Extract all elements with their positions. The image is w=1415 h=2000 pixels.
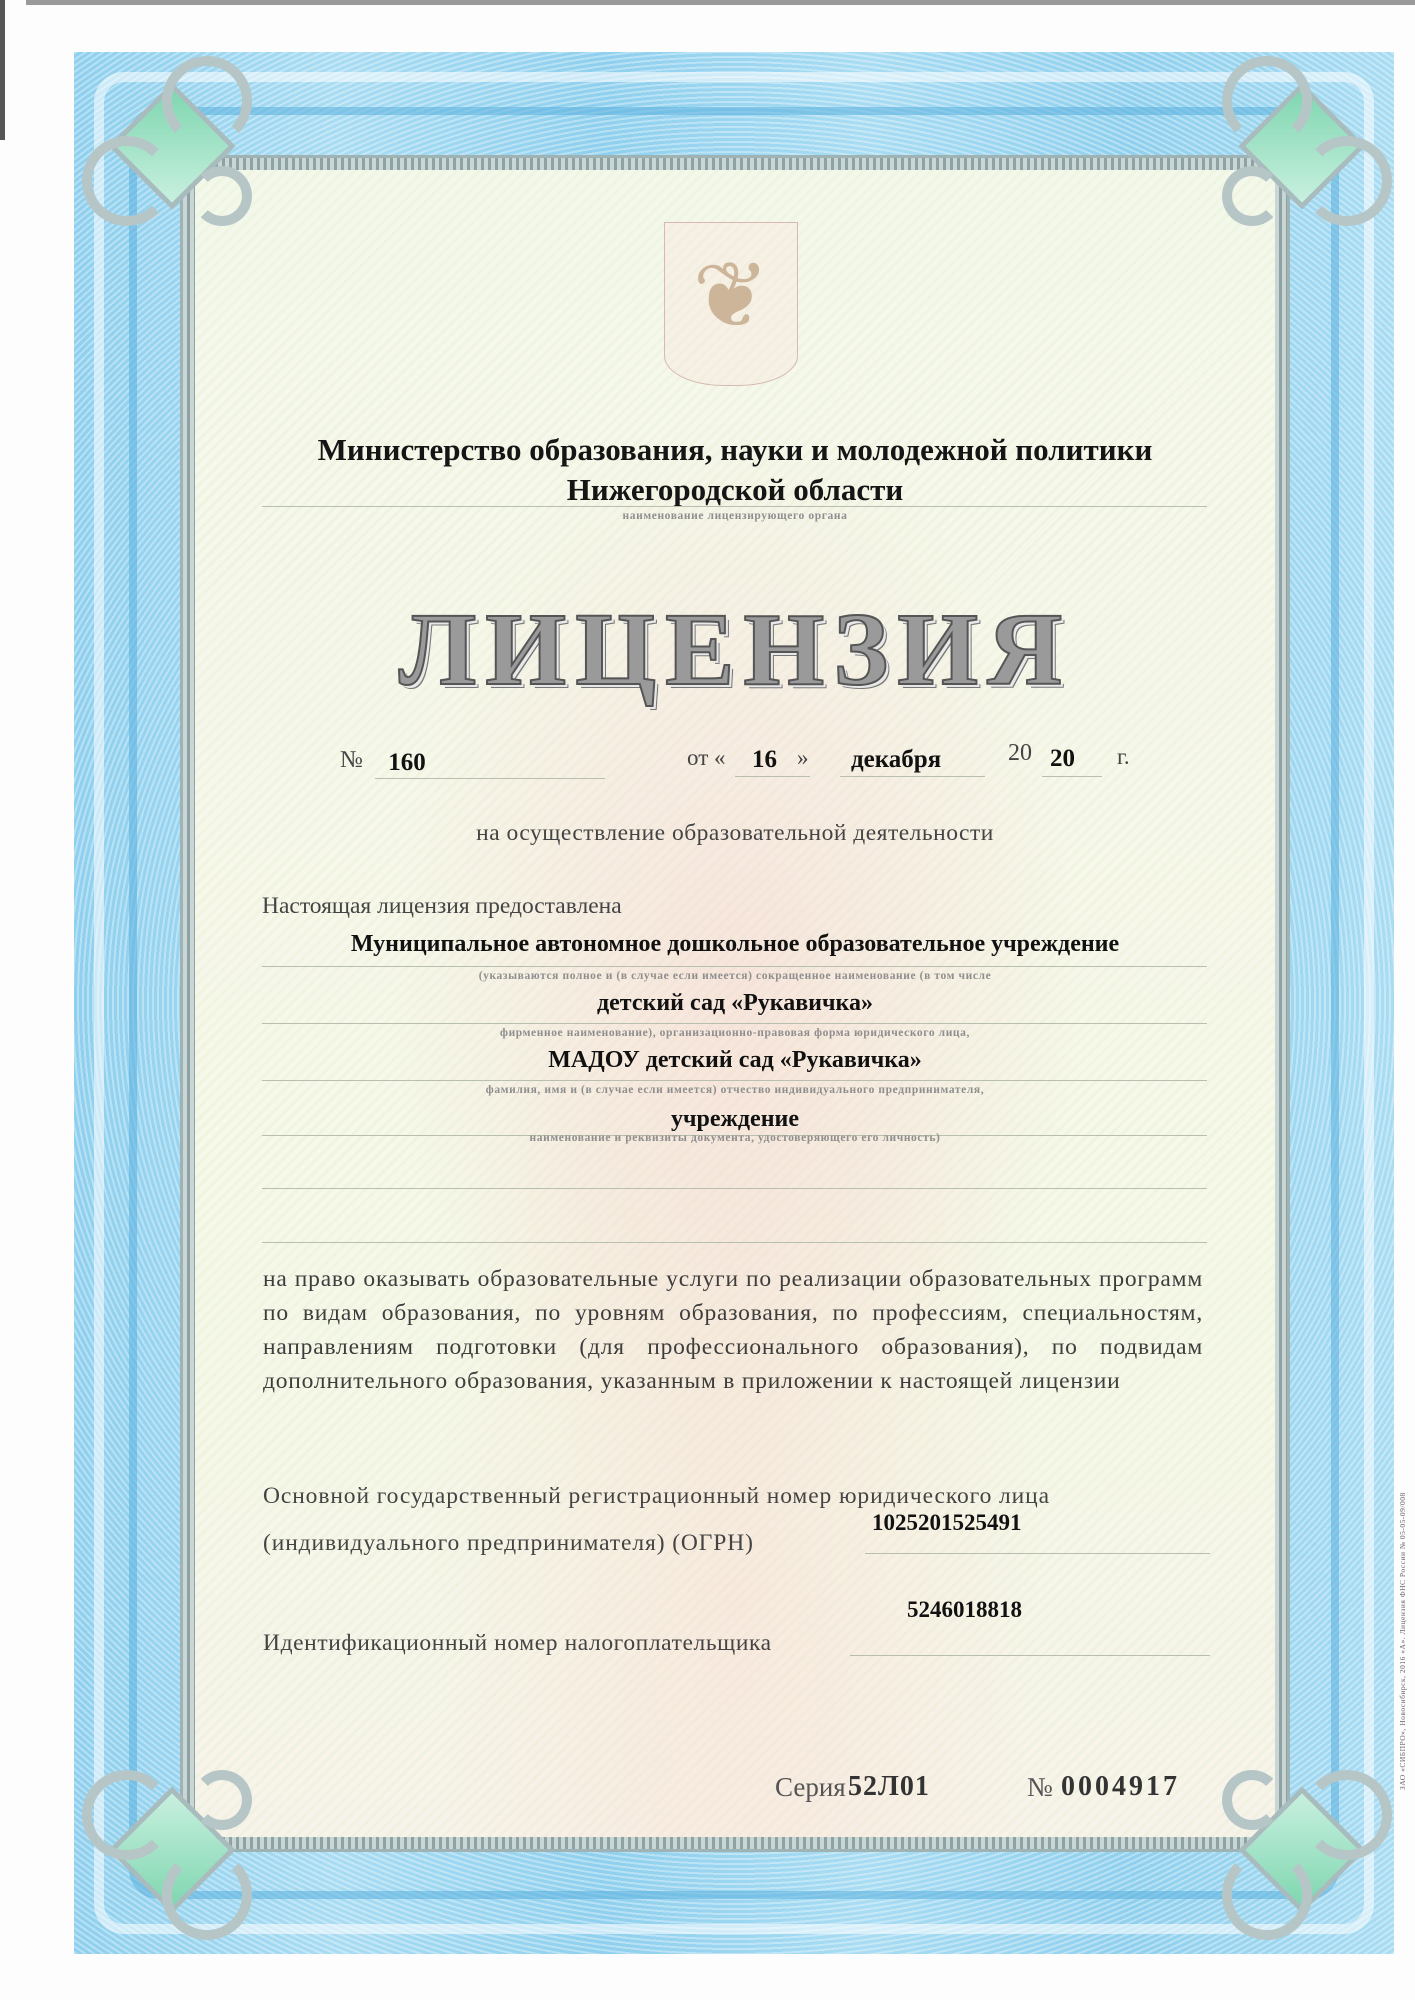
date-close-quote: » <box>797 745 809 771</box>
scan-top-edge <box>26 0 1415 5</box>
license-year: 20 <box>1050 745 1075 773</box>
caption-identity-doc: наименование и реквизиты документа, удос… <box>195 1132 1275 1144</box>
caption-legal-form: фирменное наименование), организационно-… <box>195 1027 1275 1039</box>
printer-note: ЗАО «СИБПРО», Новосибирск, 2016 «А». Лиц… <box>1398 1492 1407 1790</box>
underline <box>1042 776 1102 777</box>
caption-full-name: (указываются полное и (в случае если име… <box>195 970 1275 982</box>
license-number: 160 <box>357 749 457 777</box>
ogrn-label-line2: (индивидуального предпринимателя) (ОГРН) <box>263 1530 754 1557</box>
year-unit: г. <box>1117 744 1130 770</box>
underline <box>375 778 605 779</box>
coat-of-arms-shield: ❦ <box>664 222 798 386</box>
inn-label: Идентификационный номер налогоплательщик… <box>263 1630 772 1657</box>
grantee-org-form: учреждение <box>195 1106 1275 1133</box>
underline <box>735 776 810 777</box>
underline <box>262 1080 1207 1081</box>
blank-number: 0004917 <box>1061 1771 1180 1803</box>
series-value: 52Л01 <box>848 1771 930 1803</box>
double-headed-eagle-icon: ❦ <box>665 241 797 351</box>
grantee-short-name: МАДОУ детский сад «Рукавичка» <box>195 1047 1275 1074</box>
corner-ornament-icon <box>72 46 262 236</box>
corner-ornament-icon <box>1212 1760 1402 1950</box>
underline <box>840 776 985 777</box>
caption-entrepreneur: фамилия, имя и (в случае если имеется) о… <box>195 1084 1275 1096</box>
grantee-full-name: Муниципальное автономное дошкольное обра… <box>195 931 1275 958</box>
blank-number-label: № <box>1027 1772 1053 1803</box>
date-prefix: от « <box>687 745 726 771</box>
document-title: ЛИЦЕНЗИЯ <box>195 590 1275 709</box>
year-prefix: 20 <box>1008 740 1032 767</box>
license-month: декабря <box>851 746 941 774</box>
corner-ornament-icon <box>1212 46 1402 236</box>
authority-name-line2: Нижегородской области <box>195 472 1275 508</box>
ogrn-value: 1025201525491 <box>872 1510 1022 1536</box>
license-day: 16 <box>752 746 777 774</box>
underline <box>850 1655 1210 1656</box>
underline <box>262 1188 1207 1189</box>
underline <box>262 1242 1207 1243</box>
authority-name-line1: Министерство образования, науки и молоде… <box>195 432 1275 468</box>
grantee-full-name-cont: детский сад «Рукавичка» <box>195 990 1275 1017</box>
underline <box>262 1023 1207 1024</box>
corner-ornament-icon <box>72 1760 262 1950</box>
underline <box>262 966 1207 967</box>
authority-caption: наименование лицензирующего органа <box>195 510 1275 522</box>
underline <box>262 506 1207 507</box>
ogrn-label-line1: Основной государственный регистрационный… <box>263 1483 1050 1510</box>
underline <box>865 1553 1210 1554</box>
series-label: Серия <box>775 1772 846 1803</box>
rights-text: на право оказывать образовательные услуг… <box>263 1262 1203 1398</box>
grantee-intro: Настоящая лицензия предоставлена <box>262 893 622 920</box>
inn-value: 5246018818 <box>907 1597 1022 1623</box>
scan-left-edge <box>0 0 5 140</box>
license-purpose: на осуществление образовательной деятель… <box>195 820 1275 847</box>
